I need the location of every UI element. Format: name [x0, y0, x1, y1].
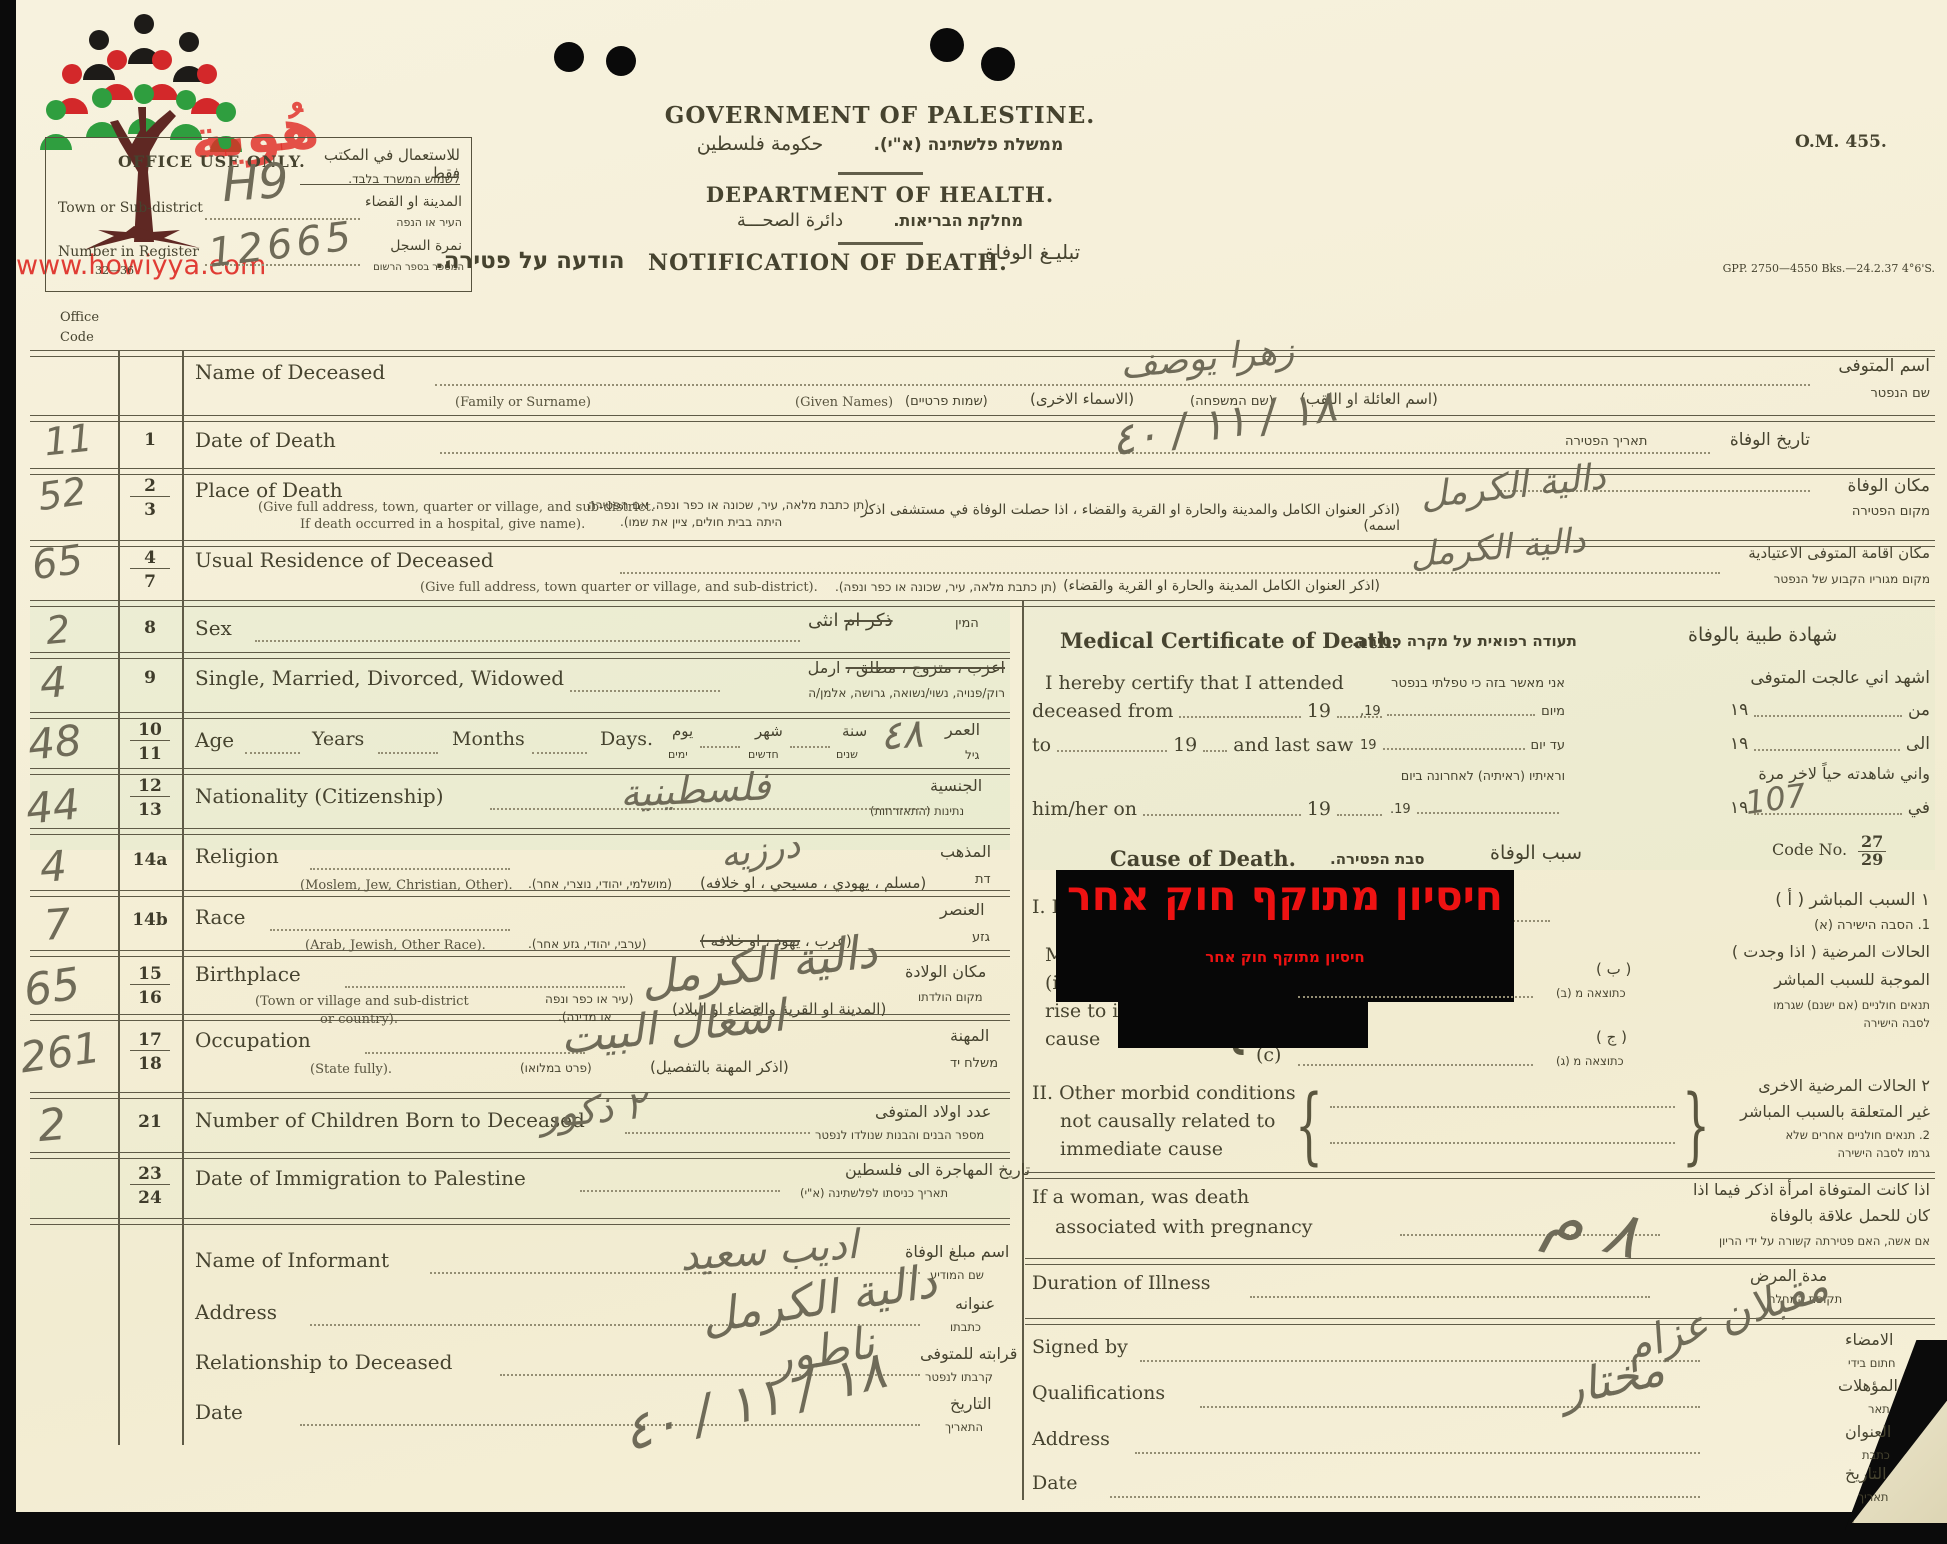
other-morbid-line	[1330, 1104, 1675, 1108]
line	[1417, 810, 1559, 814]
religion-options-hebrew: (מושלמי, יהודי, נוצרי, אחר).	[528, 877, 672, 891]
birthplace-arabic: مكان الولادة	[905, 962, 986, 981]
to-label: to	[1032, 734, 1051, 756]
row-number: 9	[130, 668, 170, 688]
office-code-value: 65	[29, 537, 86, 590]
usual-residence-arabic: مكان اقامة المتوفى الاعتيادية	[1650, 544, 1930, 562]
doctor-date-arabic: التاريخ	[1845, 1464, 1887, 1483]
row-number: 8	[130, 618, 170, 638]
due-to-c-line	[1298, 1062, 1533, 1066]
death-notification-scan: هُوية www.howiyya.com O.M. 455. OFFICE U…	[0, 0, 1947, 1544]
row-number: 4	[130, 548, 170, 569]
doctor-date-hebrew: תאריך	[1858, 1490, 1889, 1504]
place-of-death-hebrew: מקום הפטירה	[1800, 504, 1930, 519]
office-code-value: 11	[42, 416, 95, 465]
place-of-death-instructions: If death occurred in a hospital, give na…	[300, 517, 585, 532]
table-top-rule	[30, 350, 1935, 357]
race-label: Race	[195, 905, 245, 929]
birthplace-line	[345, 984, 625, 988]
government-title-bilingual: حكومة فلسطين ממשלת פלשתינה (א"י).	[620, 133, 1140, 155]
doctor-date-line	[1110, 1494, 1700, 1498]
line	[1754, 713, 1902, 717]
religion-hebrew: דת	[975, 872, 991, 887]
given-names-hebrew: (שמות פרטיים)	[905, 394, 988, 409]
usual-residence-hebrew: מקום מגוריו הקבוע של הנפטר	[1650, 572, 1930, 586]
to-day-hebrew: עד יום	[1531, 738, 1565, 753]
office-code-value: 7	[42, 899, 72, 950]
morbid-conditions-arabic: الموجبة للسبب المباشر	[1700, 970, 1930, 989]
race-arabic: العنصر	[940, 900, 985, 919]
row-number: 18	[130, 1054, 170, 1074]
sex-line	[255, 638, 800, 642]
pregnancy-question-hebrew: אם אשה, האם פטירתה קשורה על ידי הריון	[1620, 1234, 1930, 1248]
marital-status-label: Single, Married, Divorced, Widowed	[195, 666, 564, 690]
religion-arabic: المذهب	[940, 842, 991, 861]
place-of-death-value-handwritten: دالية الكرمل	[1418, 456, 1607, 516]
birthplace-label: Birthplace	[195, 962, 301, 986]
b-hebrew: כתוצאה מ (ב)	[1556, 986, 1626, 1000]
signed-by-hebrew: חתום בידי	[1848, 1356, 1896, 1370]
to-arabic: الى	[1906, 734, 1930, 754]
occupation-instructions: (State fully).	[310, 1062, 392, 1077]
usual-residence-label: Usual Residence of Deceased	[195, 548, 494, 572]
year-19-arabic: ١٩	[1730, 734, 1748, 754]
notification-title-arabic: تبليـغ الوفاة	[985, 240, 1080, 264]
row-rule	[30, 415, 1935, 422]
header-divider	[838, 242, 923, 245]
office-code-value: 52	[35, 469, 89, 519]
religion-label: Religion	[195, 844, 279, 868]
birthplace-instructions: or country).	[320, 1012, 398, 1027]
usual-residence-value-handwritten: دالية الكرمل	[1409, 520, 1587, 575]
informant-date-label: Date	[195, 1400, 243, 1424]
age-months-label: Months	[452, 728, 525, 750]
duration-of-illness-label: Duration of Illness	[1032, 1272, 1210, 1294]
line	[1387, 712, 1535, 716]
qualifications-hebrew: תאר	[1868, 1402, 1890, 1416]
marital-status-line	[570, 688, 720, 692]
other-morbid-line	[1330, 1140, 1675, 1144]
other-morbid-label: not causally related to	[1060, 1110, 1275, 1132]
year-19-hebrew: 19,	[1360, 704, 1381, 719]
name-of-deceased-label: Name of Deceased	[195, 360, 385, 384]
b-arabic: ( ب )	[1596, 960, 1631, 978]
age-arabic: العمر	[945, 720, 980, 739]
race-options: (Arab, Jewish, Other Race).	[305, 938, 486, 953]
nationality-arabic: الجنسية	[930, 776, 982, 795]
doctor-address-line	[1135, 1450, 1700, 1454]
punch-hole	[930, 28, 964, 62]
row-rule	[30, 1218, 1010, 1225]
qualifications-label: Qualifications	[1032, 1382, 1165, 1404]
him-her-label: him/her on	[1032, 798, 1137, 820]
race-options-hebrew: (ערבי, יהודי, גזע אחר).	[528, 937, 646, 951]
due-to-b-line	[1298, 994, 1533, 998]
section-split-rule	[30, 600, 1935, 607]
informant-date-value-handwritten: ١٨ / ١١ / ٤٠	[617, 1340, 892, 1463]
race-line	[270, 927, 510, 931]
given-names-sublabel: (Given Names)	[795, 395, 893, 410]
office-code-value: 48	[26, 715, 84, 769]
office-code-divider	[118, 350, 120, 1445]
row-number: 10	[130, 720, 170, 741]
punch-hole	[606, 46, 636, 76]
office-code-value: 2	[36, 1099, 68, 1152]
age-day-arabic: يوم	[672, 722, 693, 740]
redaction-text-small: חיסיון מתוקף חוק אחר	[1056, 948, 1514, 966]
notification-title-hebrew: הודעה על פטירה.	[435, 248, 625, 274]
medical-certificate-title: Medical Certificate of Death.	[1060, 628, 1400, 653]
date-of-death-line	[440, 450, 1710, 454]
signed-by-arabic: الامضاء	[1845, 1330, 1893, 1349]
attended-to-row: to 19 and last saw	[1032, 734, 1382, 756]
age-days-label: Days.	[600, 728, 653, 750]
religion-options: (Moslem, Jew, Christian, Other).	[300, 878, 513, 893]
informant-date-line	[300, 1422, 920, 1426]
medical-section-divider	[1022, 600, 1024, 1500]
punch-hole	[981, 47, 1015, 81]
occupation-hebrew: משלח יד	[950, 1056, 998, 1071]
row-number: 15	[130, 964, 170, 985]
birthplace-hebrew: מקום הולדתו	[918, 990, 983, 1004]
name-of-deceased-hebrew: שם הנפטר	[1790, 386, 1930, 401]
year-19-hebrew: 19.	[1390, 802, 1411, 817]
row-number: 2	[130, 476, 170, 497]
informant-date-hebrew: התאריך	[945, 1420, 983, 1434]
last-saw-arabic: واني شاهدته حياً لاخر مرة	[1680, 764, 1930, 783]
office-code-value: 2	[44, 607, 72, 653]
usual-residence-line	[620, 570, 1720, 574]
informant-date-arabic: التاريخ	[950, 1394, 992, 1413]
doctor-address-label: Address	[1032, 1428, 1110, 1450]
informant-address-label: Address	[195, 1300, 277, 1324]
morbid-conditions-hebrew: לסבה הישירה	[1690, 1016, 1930, 1030]
immigration-date-arabic: تاريخ المهاجرة الى فلسطين	[845, 1160, 1030, 1179]
attended-from-arabic: ١٩ من	[1730, 700, 1930, 720]
age-month-line	[790, 744, 830, 748]
place-of-death-label: Place of Death	[195, 478, 343, 502]
office-code-value: 4	[38, 841, 68, 892]
pregnancy-question-arabic: كان للحمل علاقة بالوفاة	[1640, 1206, 1930, 1225]
government-title-hebrew: ממשלת פלשתינה (א"י).	[873, 135, 1063, 155]
marital-status-hebrew: רוק/פנויה, נשוי/נשואה, גרושה, אלמן/ה	[700, 686, 1005, 700]
cause-of-death-title-hebrew: סבת הפטירה.	[1330, 850, 1425, 868]
header-divider	[838, 172, 923, 175]
row-number-divider	[182, 350, 184, 1445]
name-of-deceased-arabic: اسم المتوفى	[1790, 356, 1930, 376]
row-rule	[30, 828, 1010, 835]
scan-edge-bottom	[0, 1512, 1947, 1544]
office-code-value: 261	[17, 1023, 103, 1083]
year-19-hebrew: 19	[1360, 738, 1377, 753]
redaction-box-extension	[1118, 1002, 1368, 1048]
immediate-cause-arabic: ١ السبب المباشر ( أ )	[1700, 890, 1930, 910]
signed-by-label: Signed by	[1032, 1336, 1128, 1358]
from-day-hebrew: מיום	[1541, 704, 1565, 719]
doctor-date-label: Date	[1032, 1472, 1077, 1494]
line	[1179, 714, 1300, 718]
form-number: O.M. 455.	[1795, 132, 1887, 152]
office-code-value: 44	[24, 779, 82, 833]
usual-residence-instructions-arabic: (اذكر العنوان الكامل المدينة والحارة او …	[1050, 578, 1380, 594]
relationship-label: Relationship to Deceased	[195, 1350, 452, 1374]
other-morbid-hebrew: 2. תנאים חולניים אחרים שלא	[1700, 1128, 1930, 1142]
nationality-label: Nationality (Citizenship)	[195, 784, 444, 808]
other-morbid-arabic: ٢ الحالات المرضية الاخرى	[1710, 1076, 1930, 1095]
row-rule	[30, 468, 1935, 475]
section-rule	[1025, 1318, 1935, 1325]
town-subdistrict-arabic: المدينة او القضاء	[362, 194, 462, 210]
age-month-hebrew: חדשים	[748, 748, 779, 761]
row-number: 11	[130, 744, 170, 764]
register-number-label: Number in Register	[58, 244, 199, 260]
place-of-death-instructions-arabic: (اذكر العنوان الكامل والمدينة والحارة او…	[845, 502, 1400, 534]
other-morbid-brace-right: }	[1682, 1078, 1710, 1175]
section-rule	[1025, 1258, 1935, 1265]
government-title-arabic: حكومة فلسطين	[697, 133, 824, 155]
relationship-hebrew: קרבתו לנפטר	[925, 1370, 993, 1384]
children-born-label: Number of Children Born to Deceased	[195, 1108, 585, 1132]
race-hebrew: גזע	[972, 930, 990, 945]
given-names-arabic: (الاسماء الاخرى)	[1030, 390, 1134, 408]
usual-residence-instructions-hebrew: (תן כתבת מלאה, עיר, שכונה או כפר ונפה).	[835, 580, 1057, 594]
row-number: 14a	[126, 850, 174, 870]
other-morbid-label: immediate cause	[1060, 1138, 1223, 1160]
row-rule	[30, 712, 1010, 719]
office-code-value: 4	[38, 657, 68, 708]
morbid-conditions-label: cause	[1045, 1028, 1100, 1050]
date-of-death-label: Date of Death	[195, 428, 336, 452]
birthplace-instructions: (Town or village and sub-district	[255, 994, 469, 1009]
town-subdistrict-value-handwritten: H9	[220, 153, 290, 214]
punch-hole	[554, 42, 584, 72]
marital-arabic-kept: ارمل	[808, 658, 841, 677]
row-number: 12	[130, 776, 170, 797]
medical-certificate-title-hebrew: תעודה רפואית על מקרה פטירה.	[1352, 632, 1577, 650]
cause-of-death-title: Cause of Death.	[1110, 846, 1296, 871]
age-line	[245, 750, 300, 754]
place-of-death-arabic: مكان الوفاة	[1800, 476, 1930, 496]
sex-arabic-struck: ذكر ام	[844, 610, 892, 631]
register-range: 32—36	[95, 264, 134, 277]
him-her-hebrew: 19.	[1390, 802, 1565, 817]
sex-arabic: ذكر ام انثى	[808, 610, 893, 631]
pregnancy-question-label: If a woman, was death	[1032, 1186, 1249, 1208]
religion-options-arabic: (مسلم ، يهودي ، مسيحي ، او خلافه)	[700, 874, 926, 892]
office-code-value: 65	[21, 958, 84, 1016]
from-arabic: من	[1908, 700, 1930, 720]
duration-line	[1250, 1294, 1650, 1298]
immigration-date-hebrew: תאריך כניסתו לפלשתינה (א"י)	[800, 1186, 948, 1200]
notification-title: NOTIFICATION OF DEATH.	[648, 250, 1008, 276]
occupation-instructions-hebrew: (פרט במלואו)	[520, 1061, 592, 1075]
line	[1143, 812, 1301, 816]
religion-line	[310, 866, 510, 870]
doctor-address-hebrew: כתבת	[1862, 1448, 1890, 1462]
print-reference: GPP. 2750—4550 Bks.—24.2.37 4°6'S.	[1310, 262, 1935, 275]
line	[1754, 747, 1900, 751]
sex-hebrew: המין	[955, 616, 979, 631]
last-saw-hebrew: וראיתיו (ראיתיה) לאחרונה ביום	[1330, 768, 1565, 783]
row-number: 17	[130, 1030, 170, 1051]
attended-from-label: deceased from	[1032, 700, 1173, 722]
row-rule	[30, 768, 1010, 775]
department-title-hebrew: מחלקת הבריאות.	[893, 211, 1023, 230]
age-hebrew: גיל	[965, 748, 979, 762]
row-rule	[30, 1152, 1010, 1159]
marital-status-arabic: اعزب ، متزوج ، مطلق ، ارمل	[730, 658, 1005, 677]
pregnancy-question-label: associated with pregnancy	[1055, 1216, 1312, 1238]
him-her-row: him/her on 19	[1032, 798, 1382, 820]
place-of-death-instructions-hebrew: (תן כתבת מלאה, עיר, שכונה או כפר ונפה. א…	[588, 498, 869, 512]
informant-address-hebrew: כתבתו	[950, 1320, 981, 1334]
row-number: 7	[130, 572, 170, 592]
line	[1203, 748, 1227, 752]
row-number: 24	[130, 1188, 170, 1208]
attended-from-hebrew: 19, מיום	[1360, 704, 1565, 719]
age-year-hebrew: שנים	[836, 748, 858, 761]
age-day-hebrew: ימים	[668, 748, 688, 761]
age-year-arabic: سنة	[842, 722, 867, 740]
section-rule	[1025, 1172, 1935, 1179]
immigration-date-line	[580, 1188, 780, 1192]
informant-address-arabic: عنوانه	[955, 1294, 995, 1313]
row-number: 13	[130, 800, 170, 820]
office-use-title-hebrew: לשמוש המשרד בלבד.	[310, 172, 460, 186]
date-of-death-hebrew: תאריך הפטירה	[1565, 434, 1647, 449]
nationality-value-handwritten: فلسطينية	[619, 764, 772, 816]
in-arabic: في	[1908, 798, 1930, 818]
place-of-death-instructions-hebrew: היתה בבית חולים, ציין את שמו).	[620, 515, 782, 529]
year-19: 19	[1307, 700, 1331, 722]
morbid-conditions-hebrew: תנאים חולניים (אם ישנם) שגרמו	[1690, 998, 1930, 1012]
other-morbid-arabic: غير المتعلقة بالسبب المباشر	[1710, 1102, 1930, 1121]
code-number-bottom: 29	[1861, 850, 1883, 869]
medical-certificate-title-arabic: شهادة طبية بالوفاة	[1688, 624, 1837, 646]
department-title-arabic: دائرة الصحـــة	[737, 210, 843, 231]
office-code-label: Code	[60, 330, 94, 345]
redaction-box: חיסיון מתוקף חוק אחר חיסיון מתוקף חוק אח…	[1056, 870, 1514, 1002]
row-number: 21	[130, 1112, 170, 1132]
age-day-line	[700, 744, 740, 748]
line	[1057, 748, 1167, 752]
certify-statement-hebrew: אני מאשר בזה כי טפלתי בנפטר	[1345, 676, 1565, 691]
age-label: Age	[195, 728, 234, 752]
row-number: 3	[130, 500, 170, 520]
last-saw-label: and last saw	[1233, 734, 1353, 756]
other-morbid-hebrew: גרמו לסבה הישירה	[1700, 1146, 1930, 1160]
year-19-arabic: ١٩	[1730, 700, 1748, 720]
name-value-handwritten: زهرا يوصف	[1119, 330, 1296, 386]
qualifications-arabic: المؤهلات	[1838, 1376, 1898, 1395]
age-value-handwritten: ٤٨	[878, 711, 924, 760]
nationality-hebrew: נתינות (התאזרחות)	[870, 804, 964, 818]
occupation-instructions-arabic: (اذكر المهنة بالتفصيل)	[650, 1058, 789, 1076]
children-born-line	[625, 1130, 810, 1134]
row-number: 14b	[126, 910, 174, 930]
sex-label: Sex	[195, 616, 232, 640]
department-title: DEPARTMENT OF HEALTH.	[620, 182, 1140, 207]
age-years-line	[378, 750, 438, 754]
informant-name-label: Name of Informant	[195, 1248, 389, 1272]
attended-to-arabic: ١٩ الى	[1730, 734, 1930, 754]
line	[1337, 812, 1382, 816]
sex-arabic-kept: انثى	[808, 610, 838, 631]
informant-name-hebrew: שם המודיע	[930, 1268, 984, 1282]
office-code-label: Office	[60, 310, 99, 325]
code-number-label: Code No.	[1772, 840, 1847, 859]
town-subdistrict-label: Town or Sub-district	[58, 200, 203, 216]
attended-from-row: deceased from 19	[1032, 700, 1382, 722]
year-19: 19	[1173, 734, 1197, 756]
other-morbid-brace-left: {	[1295, 1078, 1323, 1175]
department-title-bilingual: دائرة الصحـــة מחלקת הבריאות.	[620, 210, 1140, 231]
occupation-arabic: المهنة	[950, 1026, 989, 1045]
government-title: GOVERNMENT OF PALESTINE.	[620, 102, 1140, 129]
certify-statement: I hereby certify that I attended	[1045, 672, 1344, 694]
c-arabic: ( ج )	[1596, 1028, 1627, 1046]
row-number: 23	[130, 1164, 170, 1185]
c-hebrew: כתוצאה מ (ג)	[1556, 1054, 1624, 1068]
pregnancy-question-arabic: اذا كانت المتوفاة امرأة اذكر فيما اذا	[1640, 1180, 1930, 1199]
cause-of-death-title-arabic: سبب الوفاة	[1490, 842, 1582, 864]
age-months-line	[532, 750, 587, 754]
age-years-label: Years	[312, 728, 364, 750]
row-rule	[30, 1092, 1010, 1099]
age-month-arabic: شهر	[755, 722, 783, 740]
code-number-value: 27 29	[1858, 834, 1886, 869]
row-number: 16	[130, 988, 170, 1008]
immediate-cause-hebrew: 1. הסבה הישירה (א)	[1700, 918, 1930, 933]
attended-to-hebrew: 19 עד יום	[1360, 738, 1565, 753]
redaction-text-large: חיסיון מתוקף חוק אחר	[1056, 872, 1514, 920]
other-morbid-label: II. Other morbid conditions	[1032, 1082, 1296, 1104]
year-19: 19	[1307, 798, 1331, 820]
town-subdistrict-hebrew: העיר או הנפה	[362, 216, 462, 229]
immigration-date-label: Date of Immigration to Palestine	[195, 1166, 526, 1190]
morbid-conditions-arabic: الحالات المرضية ( اذا وجدت )	[1700, 942, 1930, 961]
children-born-arabic: عدد اولاد المتوفى	[875, 1102, 991, 1121]
certify-statement-arabic: اشهد اني عالجت المتوفى	[1700, 668, 1930, 688]
usual-residence-instructions: (Give full address, town quarter or vill…	[420, 580, 818, 595]
line	[1383, 746, 1525, 750]
occupation-line	[365, 1050, 585, 1054]
children-born-hebrew: מספר הבנים והבנות שנולדו לנפטר	[815, 1128, 984, 1142]
date-of-death-arabic: تاريخ الوفاة	[1680, 430, 1810, 450]
relationship-arabic: قرابته للمتوفى	[920, 1344, 1017, 1363]
doctor-address-arabic: العنوان	[1845, 1422, 1891, 1441]
occupation-label: Occupation	[195, 1028, 311, 1052]
row-number: 1	[130, 430, 170, 450]
birthplace-instructions-hebrew: (עיר או כפר ונפה	[545, 992, 633, 1006]
family-surname-sublabel: (Family or Surname)	[455, 395, 591, 410]
qualifications-line	[1200, 1404, 1700, 1408]
marital-arabic-struck: اعزب ، متزوج ، مطلق ،	[846, 658, 1005, 677]
